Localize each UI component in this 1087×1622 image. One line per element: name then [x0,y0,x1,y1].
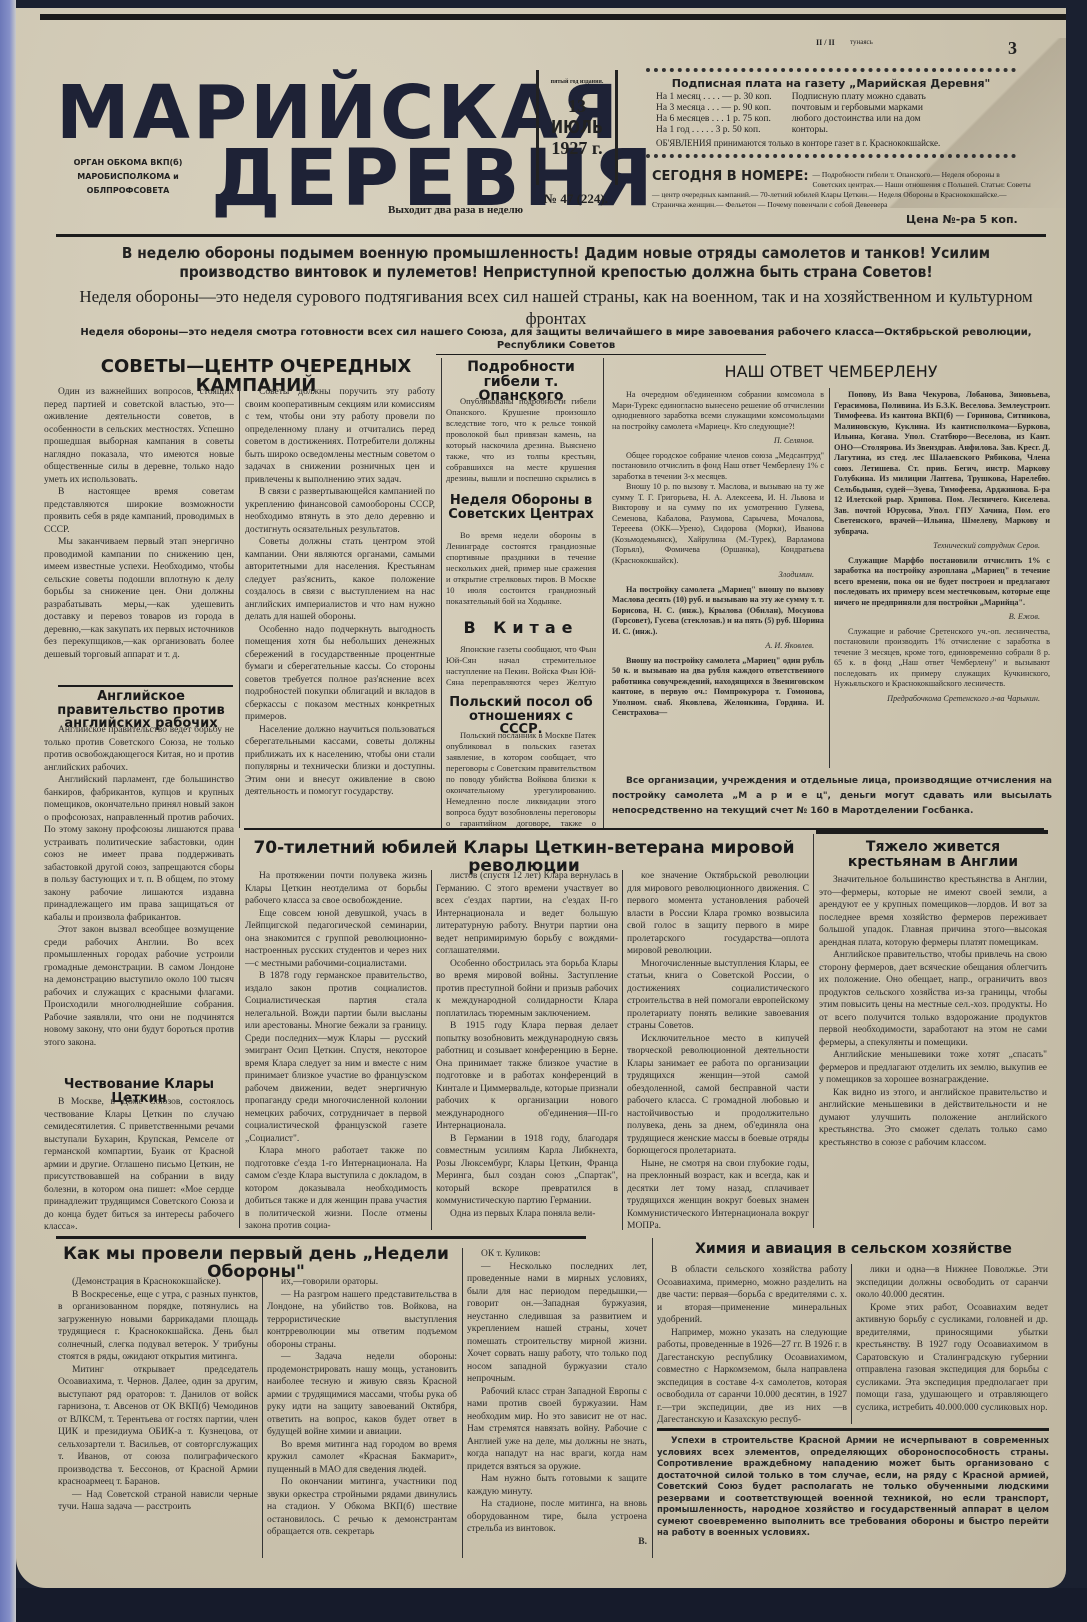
issue-price: Цена №-ра 5 коп. [906,213,1018,226]
paragraph: — На разгром нашего представительства в … [267,1289,457,1352]
signature: Предрабочкома Сретенского л-ва Чарыкин. [834,694,1050,705]
column-divider [652,1238,653,1558]
section-rule [436,354,766,355]
paragraph: Население должно научиться пользоваться … [245,724,435,799]
paragraph: В 1915 году Клара первая делает попытку … [436,1020,618,1133]
headline-england-peasants: Тяжело живется крестьянам в Англии [818,840,1048,869]
paragraph: Общее городское собрание членов союза „М… [612,451,824,483]
rate-row: На 3 месяца . . . — р. 90 коп. [656,103,772,114]
masthead-rule [56,234,1046,237]
subscription-heading: Подписная плата на газету „Марийская Дер… [656,78,1006,89]
paragraph: кое значение Октябрьской революции для м… [627,870,809,958]
paragraph: Попову, Из Вана Чекурова, Лобанова, Зино… [834,390,1050,537]
column-divider [441,358,442,828]
paragraph: В Москве, в Доме Союзов, состоялось чест… [44,1096,234,1231]
organ-line: МАРОБИСПОЛКОМА и [68,170,188,184]
top-rule [40,14,1066,20]
rate-row: На 1 год . . . . . 3 р. 50 коп. [656,125,772,136]
date-day: 13 [539,96,615,117]
column-divider [851,1264,852,1424]
slogan-main: В неделю обороны подымем военную промышл… [96,244,1016,282]
paragraph: их,—говорили ораторы. [267,1276,457,1289]
publication-frequency: Выходит два раза в неделю [388,204,523,216]
resolution-box: Успехи в строительстве Красной Армии не … [657,1436,1049,1536]
paragraph: Во время митинга над городом во время кр… [267,1439,457,1477]
paragraph: Все организации, учреждения и отдельные … [612,774,1052,819]
signature: П. Селянов. [612,436,824,447]
column-divider [239,388,240,828]
paragraph: Японские газеты сообщают, что Фын Юй-Сян… [446,644,596,689]
paragraph: — Задача недели обороны: продемонстриров… [267,1351,457,1439]
paragraph: Мы заканчиваем первый этап энергично про… [44,536,234,661]
paragraph: ОК т. Куликов: [467,1248,647,1261]
scanner-left-edge [0,0,16,1622]
article-opansky: Опубликованы подробности гибели Опанског… [446,396,596,488]
article-zetkin-honor: В Москве, в Доме Союзов, состоялось чест… [44,1096,234,1231]
corner-marks: II / II [816,38,835,48]
headline-chamberlain: НАШ ОТВЕТ ЧЕМБЕРЛЕНУ [616,364,1046,381]
paragraph: На стадионе, после митинга, на вновь обо… [467,1498,647,1536]
paragraph: Английское правительство, чтобы привлечь… [819,949,1047,1049]
slogan-tertiary: Неделя обороны—это неделя смотра готовно… [56,326,1056,352]
paragraph: В области сельского хозяйства работу Осо… [657,1264,847,1327]
article-england-peasants: Значительное большинство крестьянства в … [819,874,1047,1226]
paragraph: Один из важнейших вопросов, стоящих пере… [44,386,234,486]
paragraph: В настоящее время советам представляются… [44,486,234,536]
headline-china: В Китае [446,620,596,637]
paragraph: В 1878 году германское правительство, из… [245,970,427,1145]
scanner-bottom-edge [16,1588,1087,1622]
paragraph: Исключительное место в кипучей творческо… [627,1033,809,1158]
paragraph: Вношу на постройку самолета „Мариец" оди… [612,656,824,719]
paragraph: листов (спустя 12 лет) Клара вернулась в… [436,870,618,958]
organ-line: ОБЛПРОФСОВЕТА [68,184,188,198]
ads-note: ОБ'ЯВЛЕНИЯ принимаются только в конторе … [656,138,1006,149]
paragraph: Этот закон вызвал всеобщее возмущение ср… [44,924,234,1049]
paragraph: Одна из первых Клара поняла вели- [436,1208,618,1221]
paragraph: Вношу 10 р. по вызову т. Маслова, и вызы… [612,482,824,566]
organ-line: ОРГАН ОБКОМА ВКП(б) [68,156,188,170]
paragraph: Митинг открывает председатель Осоавиахим… [58,1364,258,1489]
subscription-rates: На 1 месяц . . . . — р. 30 коп. На 3 мес… [656,92,1006,136]
paragraph: В Воскресенье, еще с утра, с разных пунк… [58,1289,258,1364]
paragraph: Советы должны стать центром этой кампани… [245,536,435,624]
date-month: ИЮЛЬ [547,117,608,138]
paragraph: Кроме этих работ, Осоавиахим ведет актив… [856,1302,1048,1415]
paragraph: Успехи в строительстве Красной Армии не … [657,1436,1049,1536]
page-number: 3 [1008,38,1017,59]
paragraph: На очередном об'единенном собрании комсо… [612,390,824,432]
publication-year-label: пятый год издания. [539,78,615,86]
article-first-day-col2: их,—говорили ораторы. — На разгром нашег… [267,1276,457,1556]
subscription-note: Подписную плату можно сдавать почтовым и… [792,92,932,136]
paragraph: Советы должны поручить эту работу своим … [245,386,435,486]
headline-chemistry-aviation: Химия и авиация в сельском хозяйстве [656,1242,1051,1257]
column-divider [431,870,432,1230]
date-year: 1927 г. [539,138,615,159]
paragraph: Например, можно указать на следующие раб… [657,1327,847,1425]
section-rule [816,830,1048,834]
paragraph: На постройку самолета „Мариец" вношу по … [612,585,824,638]
column-divider [603,358,604,828]
signature: А. И. Яковлев. [612,641,824,652]
paragraph: Служащие Марфбо постановили отчислить 1%… [834,556,1050,609]
column-divider [813,834,814,1228]
article-english-government: Английское правительство ведет борьбу не… [44,724,234,1074]
signature: Технический сотрудник Серов. [834,541,1050,552]
paragraph: Нам нужно быть готовыми к защите каждую … [467,1473,647,1498]
article-sovety-col2: Советы должны поручить эту работу своим … [245,386,435,826]
article-first-day-col1: (Демонстрация в Краснококшайске). В Воск… [58,1276,258,1556]
paragraph: Опубликованы подробности гибели Опанског… [446,396,596,488]
table-of-contents: СЕГОДНЯ В НОМЕРЕ: — Подробности гибели т… [652,170,1032,210]
column-divider [622,870,623,1230]
article-zetkin-col2: листов (спустя 12 лет) Клара вернулась в… [436,870,618,1230]
paragraph: Еще совсем юной девушкой, учась в Лейпци… [245,908,427,971]
paragraph: Английское правительство ведет борьбу не… [44,724,234,774]
paragraph: Клара много работает также по подготовке… [245,1145,427,1230]
paragraph: Как видно из этого, и английское правите… [819,1087,1047,1150]
article-chemistry-col1: В области сельского хозяйства работу Осо… [657,1264,847,1424]
publisher-organ: ОРГАН ОБКОМА ВКП(б) МАРОБИСПОЛКОМА и ОБЛ… [68,156,188,198]
paragraph: — Несколько последних лет, проведенные н… [467,1261,647,1386]
paragraph: Значительное большинство крестьянства в … [819,874,1047,949]
headline-defense-week-centers: Неделя Обороны в Советских Центрах [446,494,596,521]
article-chamberlain-col1: На очередном об'единенном собрании комсо… [612,390,824,770]
column-divider [829,388,830,768]
paragraph: Многочисленные выступления Клары, ее ста… [627,958,809,1033]
paragraph: В Германии в 1918 году, благодаря совмес… [436,1133,618,1208]
date-box: пятый год издания. 13 ИЮЛЬ 1927 г. [536,70,618,185]
corner-note: тунаясь [850,38,873,47]
paragraph: (Демонстрация в Краснококшайске). [58,1276,258,1289]
paragraph: Особенно надо подчеркнуть выгодность пом… [245,624,435,724]
paragraph: Особенно обострилась эта борьба Клары во… [436,958,618,1021]
article-zetkin-col1: На протяжении почти полувека жизнь Клары… [245,870,427,1230]
paragraph: — Над Советской страной нависли черные т… [58,1489,258,1514]
contents-label: СЕГОДНЯ В НОМЕРЕ: [652,170,809,184]
article-sovety-col1: Один из важнейших вопросов, стоящих пере… [44,386,234,668]
paragraph: На протяжении почти полувека жизнь Клары… [245,870,427,908]
paragraph: Служащие и рабочие Сретенского уч.-оп. л… [834,627,1050,690]
column-divider [462,1248,463,1558]
article-defense-week-centers: Во время недели обороны в Ленинграде сос… [446,530,596,610]
paragraph: Во время недели обороны в Ленинграде сос… [446,530,596,607]
paragraph: Ныне, не смотря на свои глубокие годы, н… [627,1158,809,1231]
paragraph: По окончании митинга, участники под звук… [267,1476,457,1539]
column-divider [262,1276,263,1558]
column-divider [239,838,240,1228]
paragraph: Рабочий класс стран Западной Европы с на… [467,1386,647,1474]
signature: Злодимин. [612,570,824,581]
article-chemistry-col2: лики и одна—в Нижнее Поволжье. Эти экспе… [856,1264,1048,1424]
signature: В. [467,1536,647,1549]
paragraph: Английский парламент, где большинство ба… [44,774,234,924]
chamberlain-footer: Все организации, учреждения и отдельные … [612,774,1052,824]
article-china: Японские газеты сообщают, что Фын Юй-Сян… [446,644,596,689]
paragraph: Английские меньшевики тоже хотят „спасат… [819,1049,1047,1087]
section-rule [657,1428,1049,1431]
rate-row: На 6 месяцев . . . 1 р. 75 коп. [656,114,772,125]
subscription-box: Подписная плата на газету „Марийская Дер… [646,68,1016,158]
rate-list: На 1 месяц . . . . — р. 30 коп. На 3 мес… [656,92,772,136]
article-polish-envoy: Польский посланник в Москве Патек опубли… [446,730,596,830]
paragraph: Польский посланник в Москве Патек опубли… [446,730,596,830]
article-chamberlain-col2: Попову, Из Вана Чекурова, Лобанова, Зино… [834,390,1050,770]
newspaper-page: МАРИЙСКАЯ ДЕРЕВНЯ ОРГАН ОБКОМА ВКП(б) МА… [16,8,1066,1588]
slogan-secondary: Неделя обороны—это неделя сурового подтя… [56,286,1056,330]
paragraph: В связи с развертывающейся кампанией по … [245,486,435,536]
signature: В. Ежов. [834,612,1050,623]
section-rule [58,685,233,687]
article-zetkin-col3: кое значение Октябрьской революции для м… [627,870,809,1230]
paragraph: лики и одна—в Нижнее Поволжье. Эти экспе… [856,1264,1048,1302]
rate-row: На 1 месяц . . . . — р. 30 коп. [656,92,772,103]
section-rule [56,1236,586,1239]
issue-number: № 47 (224). [544,191,608,207]
article-first-day-col3: ОК т. Куликов: — Несколько последних лет… [467,1248,647,1548]
